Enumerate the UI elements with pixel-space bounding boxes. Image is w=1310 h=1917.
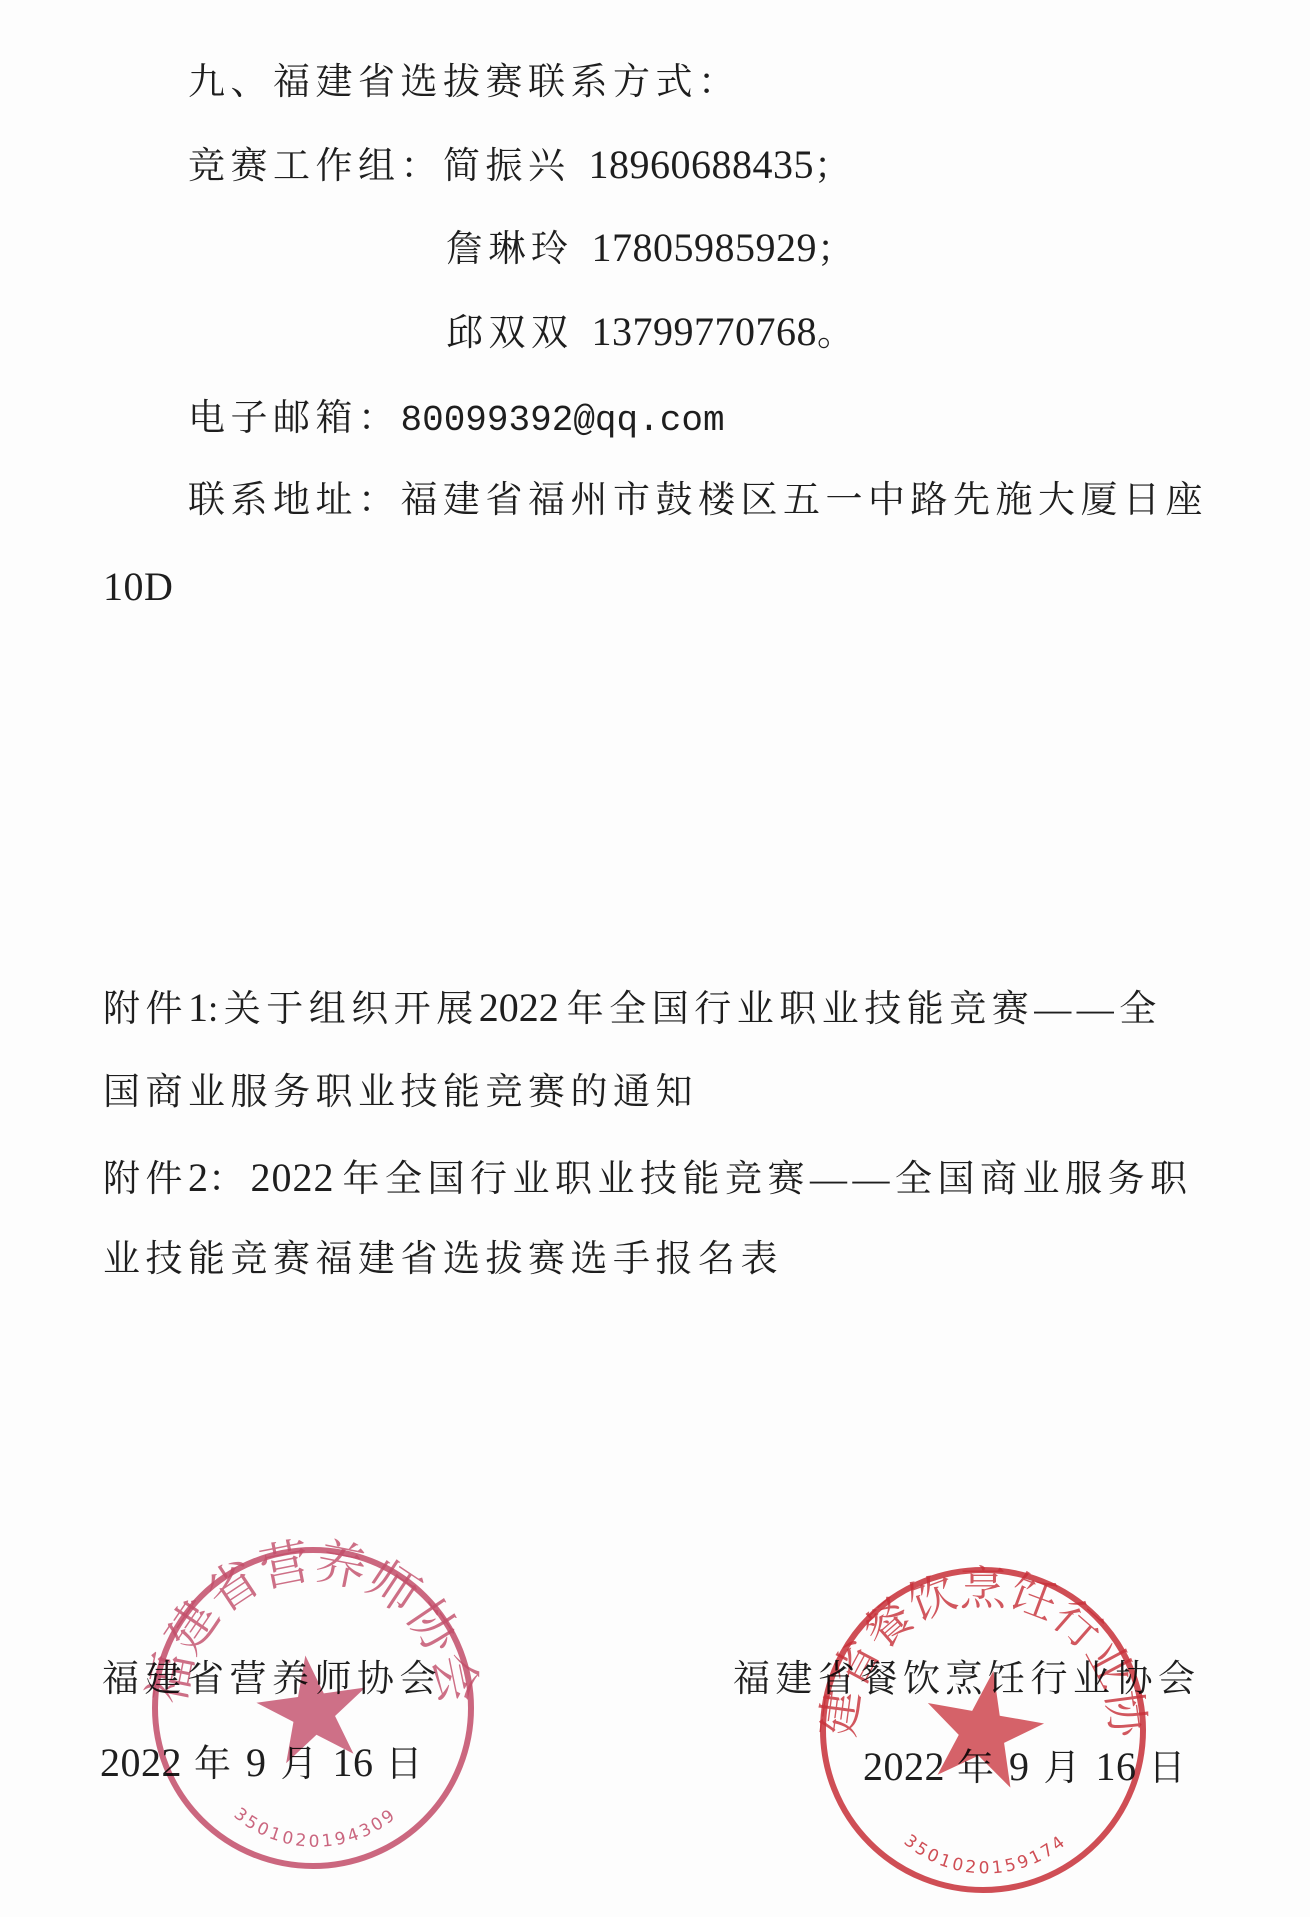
contact-name: 詹琳玲 — [446, 229, 574, 270]
date-day: 16 — [1096, 1744, 1137, 1789]
attachment-number: 1 — [188, 985, 208, 1030]
attachment-title-part: 年全国行业职业技能竞赛——全 — [567, 989, 1162, 1030]
seal-stamp-icon: 福建省餐饮烹饪行业协会 3501020159174 — [818, 1565, 1148, 1895]
attachment-2-line-1: 附件2：2022年全国行业职业技能竞赛——全国商业服务职 — [103, 1156, 1193, 1200]
date-month: 9 — [246, 1740, 267, 1785]
org-name: 福建省餐饮烹饪行业协会 — [733, 1659, 1201, 1700]
attachment-title-part: 业技能竞赛福建省选拔赛选手报名表 — [103, 1239, 783, 1280]
date-year-char: 年 — [194, 1744, 234, 1785]
attachment-sep: : — [208, 989, 224, 1030]
contact-phone: 17805985929 — [592, 225, 818, 270]
signature-date-left: 2022年9月16日 — [100, 1741, 426, 1785]
date-day: 16 — [333, 1740, 374, 1785]
contact-row: 竞赛工作组：简振兴18960688435； — [188, 143, 857, 187]
section-heading-text: 九、福建省选拔赛联系方式： — [188, 62, 741, 103]
attachment-1-line-2: 国商业服务职业技能竞赛的通知 — [103, 1071, 698, 1115]
svg-text:福建省餐饮烹饪行业协会: 福建省餐饮烹饪行业协会 — [795, 1522, 1156, 1742]
address-suite: 10D — [103, 564, 173, 609]
svg-text:3501020159174: 3501020159174 — [900, 1831, 1071, 1879]
date-month: 9 — [1009, 1744, 1030, 1789]
attachment-number: 2 — [188, 1155, 208, 1200]
address-value: 福建省福州市鼓楼区五一中路先施大厦日座 — [401, 480, 1209, 521]
email-value: 80099392@qq.com — [401, 400, 725, 441]
date-day-char: 日 — [386, 1744, 426, 1785]
address-row: 联系地址：福建省福州市鼓楼区五一中路先施大厦日座 — [188, 479, 1208, 523]
punctuation: 。 — [817, 313, 860, 354]
address-continuation: 10D — [103, 565, 173, 609]
date-month-char: 月 — [1044, 1748, 1084, 1789]
contact-row: 邱双双13799770768。 — [446, 310, 860, 354]
contact-phone: 13799770768 — [592, 309, 818, 354]
attachment-year: 2022 — [479, 985, 559, 1030]
attachment-sep: ： — [208, 1159, 251, 1200]
attachment-title-part: 年全国行业职业技能竞赛——全国商业服务职 — [343, 1159, 1193, 1200]
section-heading: 九、福建省选拔赛联系方式： — [188, 61, 741, 105]
attachment-title-part: 关于组织开展 — [224, 989, 479, 1030]
attachment-2-line-2: 业技能竞赛福建省选拔赛选手报名表 — [103, 1238, 783, 1282]
svg-text:3501020194309: 3501020194309 — [230, 1804, 401, 1852]
signature-org-right: 福建省餐饮烹饪行业协会 — [733, 1658, 1201, 1702]
attachment-1-line-1: 附件1:关于组织开展2022年全国行业职业技能竞赛——全 — [103, 986, 1162, 1030]
address-label: 联系地址： — [188, 480, 401, 521]
date-day-char: 日 — [1149, 1748, 1189, 1789]
official-seal-left: 福建省营养师协会 3501020194309 — [148, 1545, 478, 1875]
work-group-label: 竞赛工作组： — [188, 146, 443, 187]
date-year-char: 年 — [957, 1748, 997, 1789]
signature-date-right: 2022年9月16日 — [863, 1745, 1189, 1789]
contact-name: 邱双双 — [446, 313, 574, 354]
attachment-title-part: 国商业服务职业技能竞赛的通知 — [103, 1072, 698, 1113]
contact-name: 简振兴 — [443, 146, 571, 187]
contact-row: 詹琳玲17805985929； — [446, 226, 860, 270]
email-label: 电子邮箱： — [188, 398, 401, 439]
date-year: 2022 — [863, 1744, 945, 1789]
seal-stamp-icon: 福建省营养师协会 3501020194309 — [148, 1545, 478, 1875]
email-row: 电子邮箱：80099392@qq.com — [188, 397, 725, 441]
document-page: 九、福建省选拔赛联系方式： 竞赛工作组：简振兴18960688435； 詹琳玲1… — [0, 0, 1310, 1917]
attachment-label: 附件 — [103, 989, 188, 1030]
date-year: 2022 — [100, 1740, 182, 1785]
attachment-label: 附件 — [103, 1159, 188, 1200]
punctuation: ； — [817, 229, 860, 270]
signature-org-left: 福建省营养师协会 — [102, 1658, 442, 1702]
attachment-year: 2022 — [251, 1155, 335, 1200]
contact-phone: 18960688435 — [589, 142, 815, 187]
punctuation: ； — [814, 146, 857, 187]
date-month-char: 月 — [281, 1744, 321, 1785]
official-seal-right: 福建省餐饮烹饪行业协会 3501020159174 — [818, 1565, 1148, 1895]
org-name: 福建省营养师协会 — [102, 1659, 442, 1700]
